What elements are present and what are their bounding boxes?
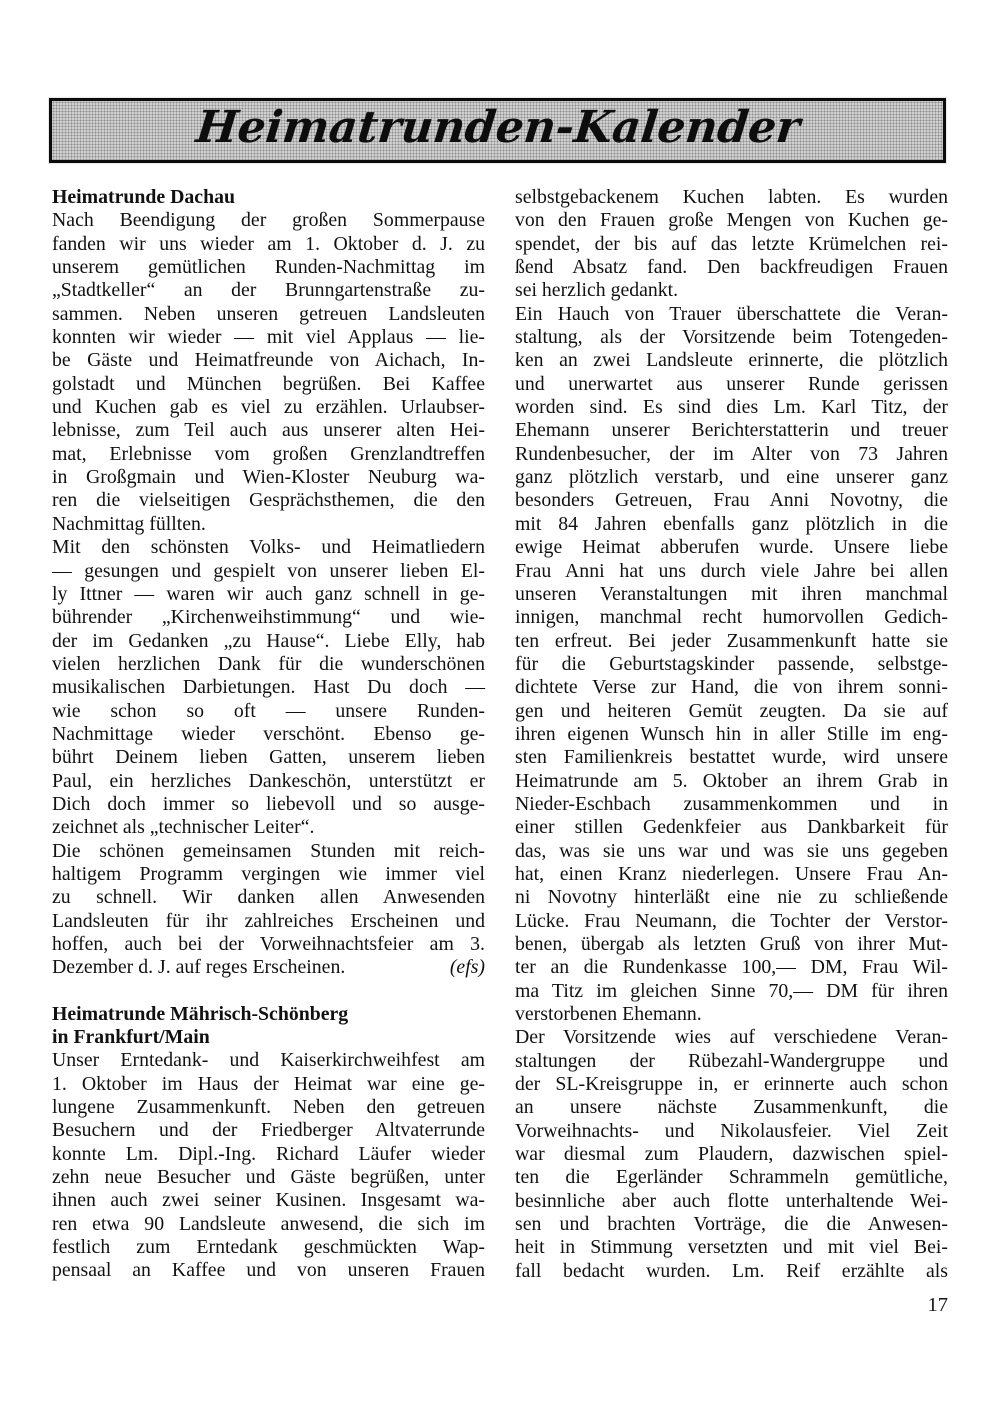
text-line: hoffen, auch bei der Vorweihnachtsfeier … [52,933,485,956]
text-line: bührender „Kirchenweihstimmung“ und wie- [52,606,485,629]
text-line: ten die Egerländer Schrammeln gemütliche… [515,1166,948,1189]
text-line: ren die vielseitigen Gesprächsthemen, di… [52,489,485,512]
text-line: ewige Heimat abberufen wurde. Unsere lie… [515,536,948,559]
text-line: ken an zwei Landsleute erinnerte, die pl… [515,349,948,372]
text-line: Frau Anni hat uns durch viele Jahre bei … [515,560,948,583]
text-line: mit 84 Jahren ebenfalls ganz plötzlich i… [515,513,948,536]
text-line: Rundenbesucher, der im Alter von 73 Jahr… [515,443,948,466]
text-line: für die Geburtstagskinder passende, selb… [515,653,948,676]
text-line: ter an die Rundenkasse 100,— DM, Frau Wi… [515,956,948,979]
text-line: Ein Hauch von Trauer überschattete die V… [515,303,948,326]
text-line: Paul, ein herzliches Dankeschön, unterst… [52,770,485,793]
text-line: benen, übergab als letzten Gruß von ihre… [515,933,948,956]
text-line: und unerwartet aus unserer Runde gerisse… [515,373,948,396]
text-line: mat, Erlebnisse vom großen Grenzlandtref… [52,443,485,466]
text-line: ten erfreut. Bei jeder Zusammenkunft hat… [515,630,948,653]
text-line: Nach Beendigung der großen Sommerpause [52,209,485,232]
text-line: Nachmittage wieder verschönt. Ebenso ge- [52,723,485,746]
text-line: Landsleuten für ihr zahlreiches Erschein… [52,910,485,933]
text-line: lebnisse, zum Teil auch aus unserer alte… [52,419,485,442]
text-line: sammen. Neben unseren getreuen Landsleut… [52,303,485,326]
author-initials: (efs) [450,956,485,979]
text-line: 1. Oktober im Haus der Heimat war eine g… [52,1073,485,1096]
text-line: heit in Stimmung versetzten und mit viel… [515,1236,948,1259]
text-line: ly Ittner — waren wir auch ganz schnell … [52,583,485,606]
text-line: Die schönen gemeinsamen Stunden mit reic… [52,840,485,863]
text-line: zu schnell. Wir danken allen Anwesenden [52,886,485,909]
text-line: dichtete Verse zur Hand, die von ihrem s… [515,676,948,699]
text-line: haltigem Programm vergingen wie immer vi… [52,863,485,886]
text-line: — gesungen und gespielt von unserer lieb… [52,560,485,583]
column-right: selbstgebackenem Kuchen labten. Es wurde… [515,186,948,1283]
text-line: Lücke. Frau Neumann, die Tochter der Ver… [515,910,948,933]
text-line: konnte Lm. Dipl.-Ing. Richard Läufer wie… [52,1143,485,1166]
text-line: pensaal an Kaffee und von unseren Frauen [52,1259,485,1282]
text-line: besinnliche aber auch flotte unterhalten… [515,1190,948,1213]
column-left: Heimatrunde DachauNach Beendigung der gr… [52,186,485,1283]
text-line: Vorweihnachts- und Nikolausfeier. Viel Z… [515,1120,948,1143]
text-line: Dezember d. J. auf reges Erscheinen.(efs… [52,956,485,979]
text-line: verstorbenen Ehemann. [515,1003,948,1026]
text-line: ganz plötzlich verstarb, und eine unsere… [515,466,948,489]
article-section: selbstgebackenem Kuchen labten. Es wurde… [515,186,948,1283]
text-line: Besuchern und der Friedberger Altvaterru… [52,1119,485,1142]
text-line: selbstgebackenem Kuchen labten. Es wurde… [515,186,948,209]
section-banner: Heimatrunden-Kalender [49,98,946,163]
text-line: Ehemann unserer Berichterstatterin und t… [515,419,948,442]
text-line: golstadt und München begrüßen. Bei Kaffe… [52,373,485,396]
text-line: Nieder-Eschbach zusammenkommen und in [515,793,948,816]
banner-title: Heimatrunden-Kalender [193,106,802,156]
text-line: ni Novotny hinterläßt eine nie zu schlie… [515,886,948,909]
text-line: einer stillen Gedenkfeier aus Dankbarkei… [515,816,948,839]
text-line: Der Vorsitzende wies auf verschiedene Ve… [515,1026,948,1049]
text-line: war diesmal zum Plaudern, dazwischen spi… [515,1143,948,1166]
article-section: Heimatrunde Mährisch-Schönbergin Frankfu… [52,1003,485,1283]
page-number: 17 [928,1294,949,1317]
text-line: sei herzlich gedankt. [515,279,948,302]
text-line: musikalischen Darbietungen. Hast Du doch… [52,676,485,699]
text-line: bührt Deinem lieben Gatten, unserem lieb… [52,746,485,769]
text-line-fragment: Dezember d. J. auf reges Erscheinen. [52,956,345,979]
text-line: Heimatrunde am 5. Oktober an ihrem Grab … [515,770,948,793]
text-line: und Kuchen gab es viel zu erzählen. Urla… [52,396,485,419]
text-line: ihren eigenen Wunsch hin in aller Stille… [515,723,948,746]
text-line: festlich zum Erntedank geschmückten Wap- [52,1236,485,1259]
text-line: sen und brachten Vorträge, die die Anwes… [515,1213,948,1236]
text-line: ren etwa 90 Landsleute anwesend, die sic… [52,1213,485,1236]
text-line: wie schon so oft — unsere Runden- [52,700,485,723]
text-line: in Großgmain und Wien-Kloster Neuburg wa… [52,466,485,489]
text-line: Mit den schönsten Volks- und Heimatliede… [52,536,485,559]
text-line: von den Frauen große Mengen von Kuchen g… [515,209,948,232]
text-line: gen und heiteren Gemüt zeugten. Da sie a… [515,700,948,723]
text-line: ma Titz im gleichen Sinne 70,— DM für ih… [515,980,948,1003]
article-section: Heimatrunde DachauNach Beendigung der gr… [52,186,485,980]
text-columns: Heimatrunde DachauNach Beendigung der gr… [52,186,948,1283]
text-line: staltung, als der Vorsitzende beim Toten… [515,326,948,349]
text-line: Unser Erntedank- und Kaiserkirchweihfest… [52,1049,485,1072]
text-line: be Gäste und Heimatfreunde von Aichach, … [52,349,485,372]
text-line: lungene Zusammenkunft. Neben den getreue… [52,1096,485,1119]
text-line: worden sind. Es sind dies Lm. Karl Titz,… [515,396,948,419]
text-line: der SL-Kreisgruppe in, er erinnerte auch… [515,1073,948,1096]
text-line: konnten wir wieder — mit viel Applaus — … [52,326,485,349]
text-line: „Stadtkeller“ an der Brunngartenstraße z… [52,279,485,302]
text-line: sten Familienkreis bestattet wurde, wird… [515,746,948,769]
text-line: unserem gemütlichen Runden-Nachmittag im [52,256,485,279]
section-heading: in Frankfurt/Main [52,1026,485,1049]
text-line: spendet, der bis auf das letzte Krümelch… [515,233,948,256]
text-line: staltungen der Rübezahl-Wandergruppe und [515,1050,948,1073]
text-line: besonders Getreuen, Frau Anni Novotny, d… [515,489,948,512]
text-line: fall bedacht wurden. Lm. Reif erzählte a… [515,1260,948,1283]
text-line: innigen, manchmal recht humorvollen Gedi… [515,606,948,629]
section-heading: Heimatrunde Mährisch-Schönberg [52,1003,485,1026]
text-line: an unsere nächste Zusammenkunft, die [515,1096,948,1119]
text-line: unseren Veranstaltungen mit ihren manchm… [515,583,948,606]
scanned-newsletter-page: Heimatrunden-Kalender Heimatrunde Dachau… [0,0,1000,1413]
text-line: ihnen auch zwei seiner Kusinen. Insgesam… [52,1189,485,1212]
text-line: zeichnet als „technischer Leiter“. [52,816,485,839]
text-line: zehn neue Besucher und Gäste begrüßen, u… [52,1166,485,1189]
text-line: ßend Absatz fand. Den backfreudigen Frau… [515,256,948,279]
text-line: das, was sie uns war und was sie uns geg… [515,840,948,863]
section-heading: Heimatrunde Dachau [52,186,485,209]
text-line: vielen herzlichen Dank für die wundersch… [52,653,485,676]
text-line: Nachmittag füllten. [52,513,485,536]
text-line: hat, einen Kranz niederlegen. Unsere Fra… [515,863,948,886]
text-line: der im Gedanken „zu Hause“. Liebe Elly, … [52,630,485,653]
text-line: Dich doch immer so liebevoll und so ausg… [52,793,485,816]
text-line: fanden wir uns wieder am 1. Oktober d. J… [52,233,485,256]
